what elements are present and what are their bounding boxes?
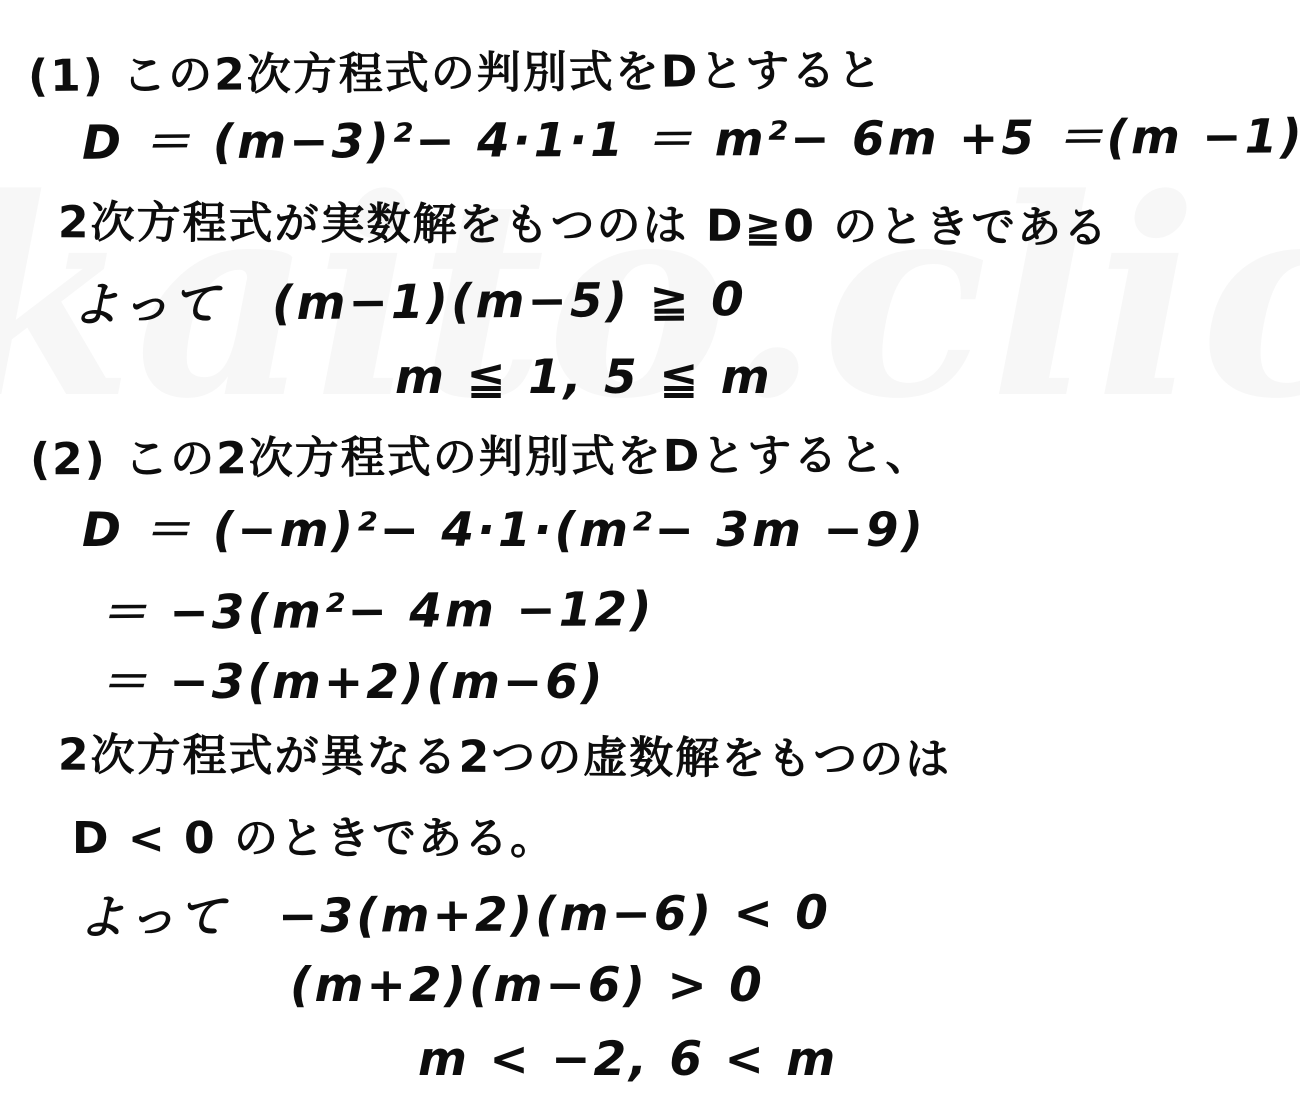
part1-real-roots-condition: 2次方程式が実数解をもつのは D≧0 のときである [58, 197, 1110, 255]
handwritten-solution-page: kaito.click (1) この2次方程式の判別式をDとすると D ＝ (m… [0, 0, 1300, 1120]
part2-imaginary-roots-condition-2: D < 0 のときである。 [72, 813, 556, 866]
part1-therefore-inequality: よって (m−1)(m−5) ≧ 0 [72, 272, 747, 334]
part1-answer: m ≦ 1, 5 ≦ m [395, 350, 773, 406]
part2-simplified-inequality: (m+2)(m−6) > 0 [290, 958, 765, 1014]
part2-imaginary-roots-condition: 2次方程式が異なる2つの虚数解をもつのは [58, 730, 951, 787]
part2-answer: m < −2, 6 < m [418, 1032, 838, 1088]
part1-discriminant-expansion: D ＝ (m−3)²− 4·1·1 ＝ m²− 6m +5 ＝(m −1)(m … [82, 108, 1300, 172]
part2-therefore-inequality: よって −3(m+2)(m−6) < 0 [78, 885, 831, 947]
part2-heading: (2) この2次方程式の判別式をDとすると、 [30, 430, 932, 488]
part1-heading: (1) この2次方程式の判別式をDとすると [28, 45, 884, 104]
part2-discriminant-line2: ＝ −3(m²− 4m −12) [100, 582, 655, 642]
part2-discriminant-line3: ＝ −3(m+2)(m−6) [100, 655, 605, 711]
part2-discriminant-line1: D ＝ (−m)²− 4·1·(m²− 3m −9) [82, 503, 926, 559]
